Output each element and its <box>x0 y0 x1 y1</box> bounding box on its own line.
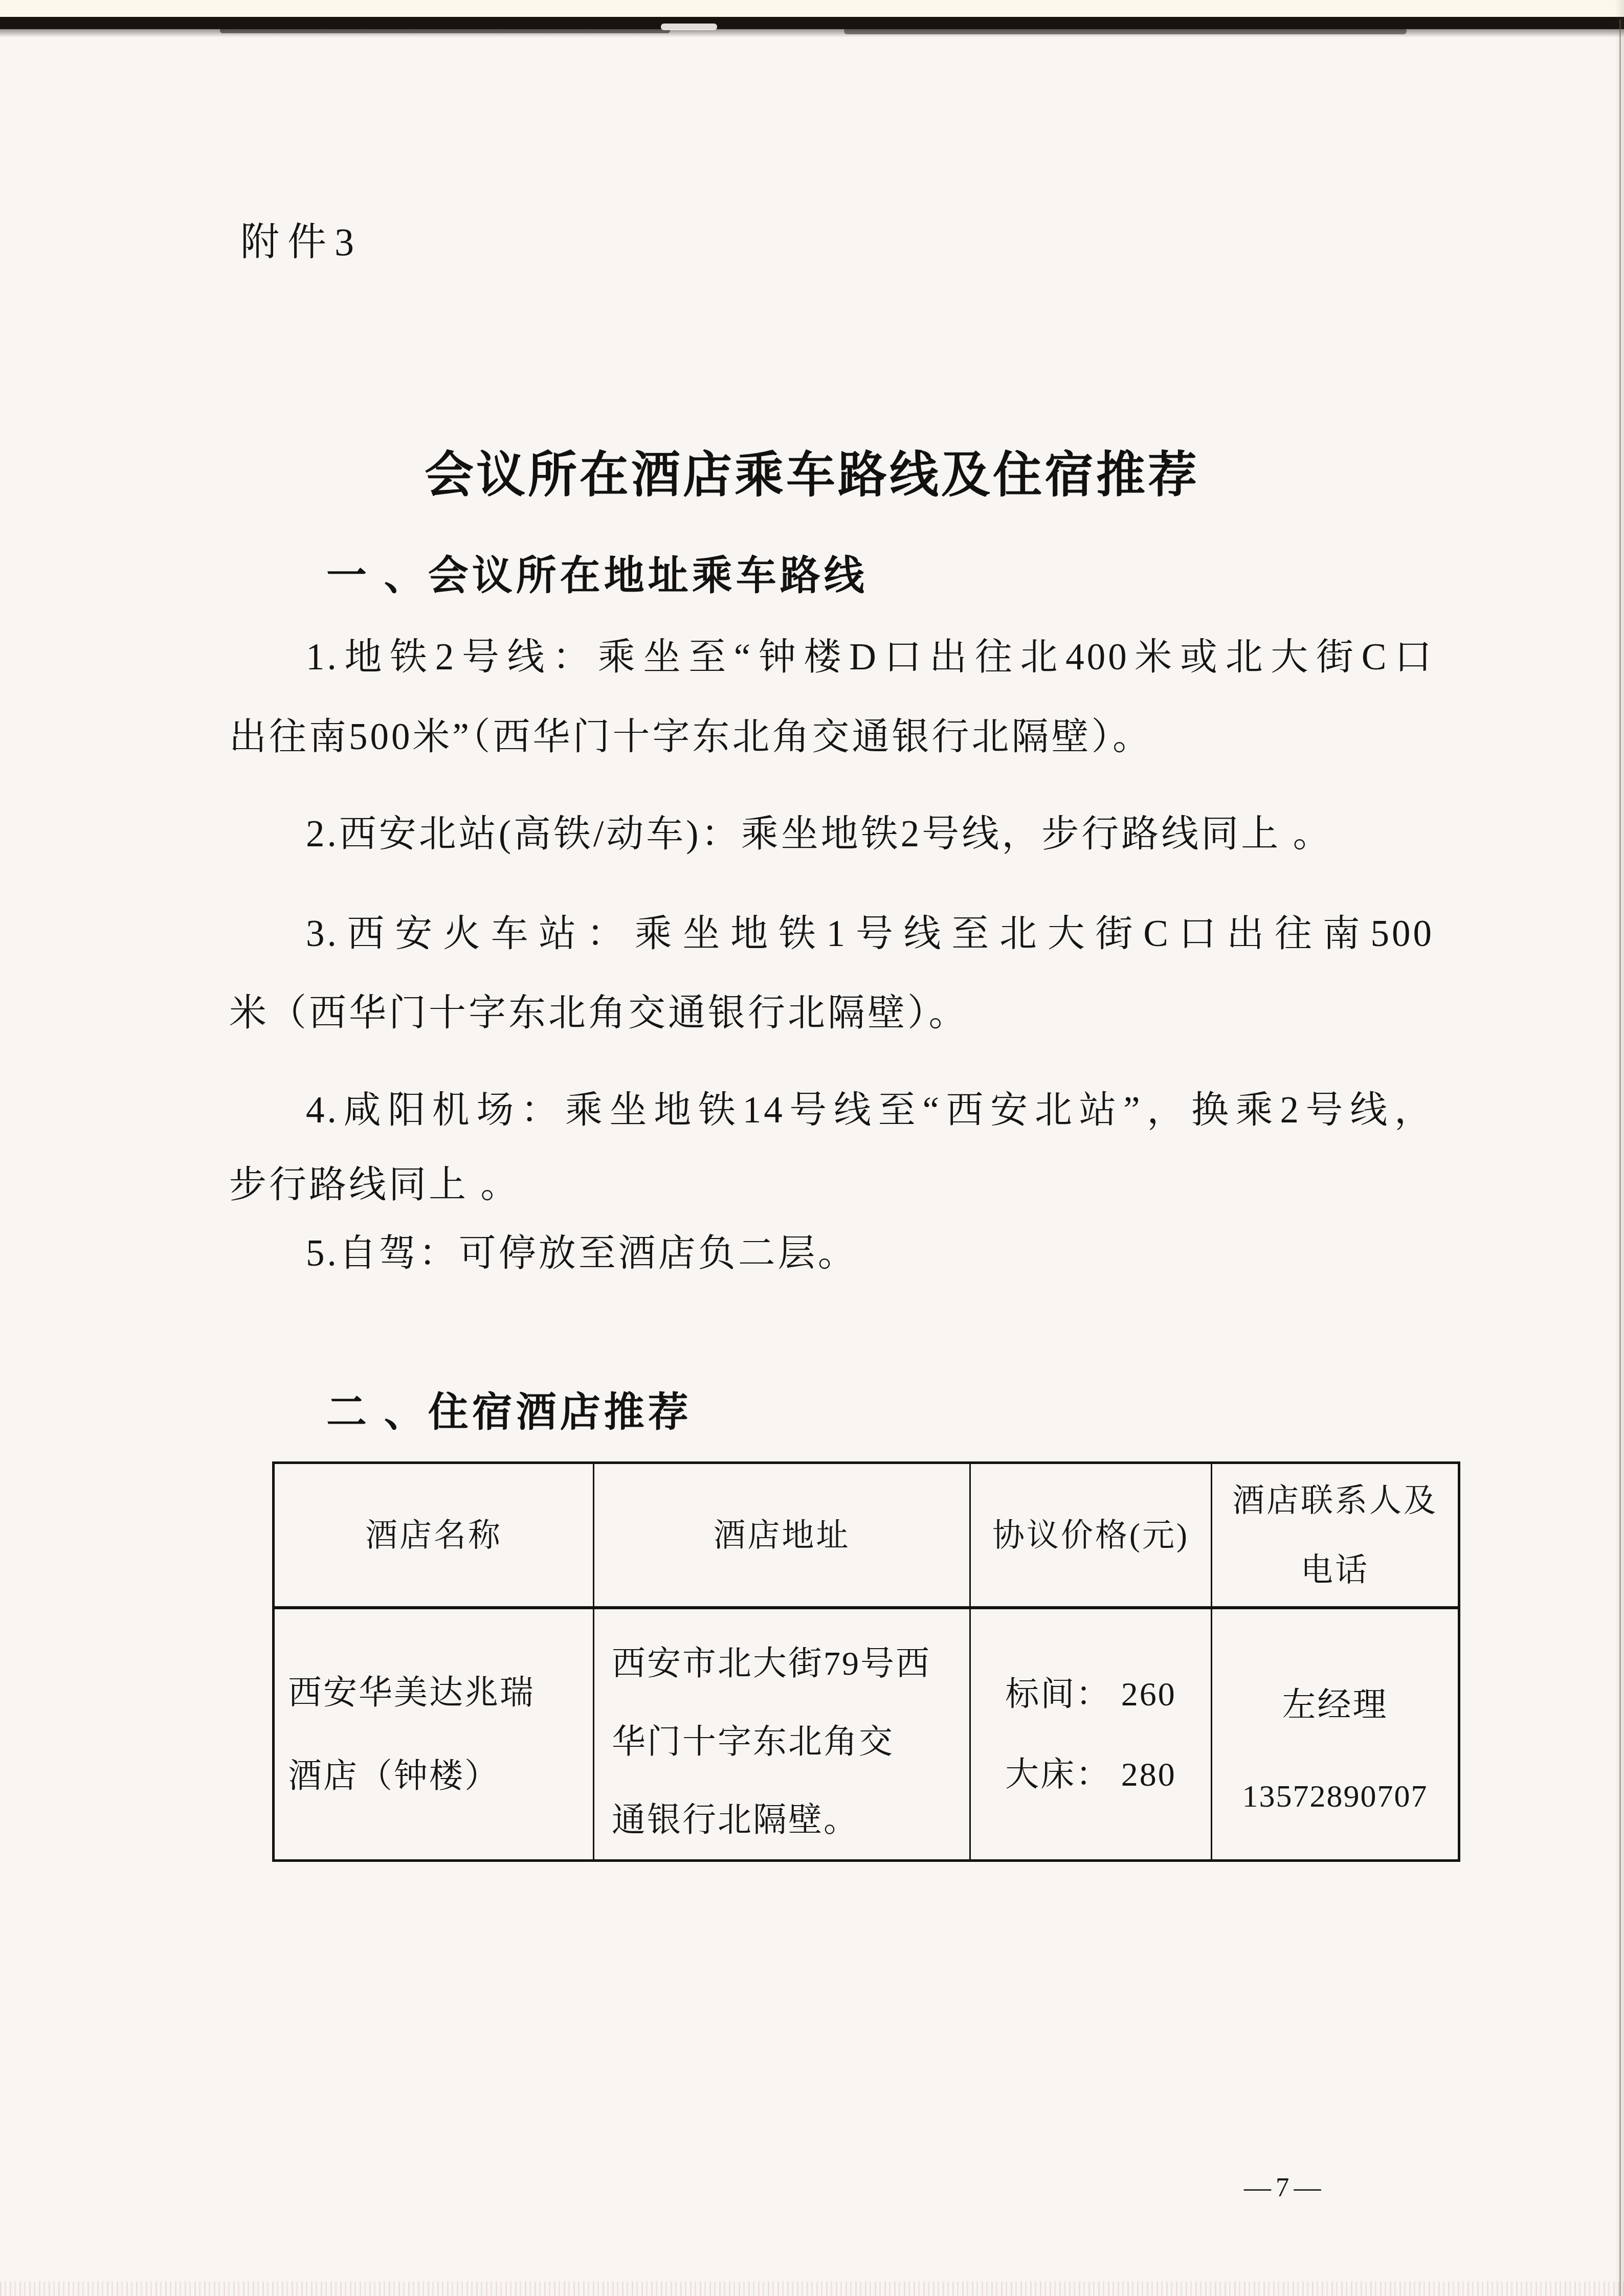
route-item-3-line-2: 米（西华门十字东北角交通银行北隔壁）。 <box>229 991 1434 1035</box>
table-header-hotel-name: 酒店名称 <box>274 1463 594 1608</box>
hotel-address-cell: 西安市北大街79号西 华门十字东北角交 通银行北隔壁。 <box>594 1608 970 1861</box>
table-header-hotel-address: 酒店地址 <box>594 1463 970 1608</box>
page-number: —7— <box>1244 2172 1326 2203</box>
table-header-agreed-price: 协议价格(元) <box>970 1463 1212 1608</box>
scan-band-gap <box>661 24 717 30</box>
route-item-4-line-2: 步行路线同上 。 <box>229 1163 1434 1207</box>
scan-top-cream-strip <box>0 0 1624 17</box>
hotel-address-line-1: 西安市北大街79号西 <box>612 1625 964 1703</box>
contact-person-name: 左经理 <box>1213 1687 1457 1723</box>
hotel-contact-cell: 左经理 13572890707 <box>1212 1608 1459 1861</box>
contact-phone-number: 13572890707 <box>1213 1779 1457 1814</box>
route-item-1-line-2: 出往南500米”（西华门十字东北角交通银行北隔壁）。 <box>229 715 1434 759</box>
route-item-1-line-1: 1.地铁2号线：乘坐至“钟楼D口出往北400米或北大街C口 <box>229 635 1434 679</box>
route-item-2-line-1: 2.西安北站(高铁/动车)：乘坐地铁2号线，步行路线同上 。 <box>229 812 1434 856</box>
scan-top-black-band <box>0 17 1624 29</box>
hotel-table: 酒店名称 酒店地址 协议价格(元) 酒店联系人及电话 西安华美达兆瑞 酒店（钟楼… <box>272 1461 1460 1862</box>
table-header-hotel-contact: 酒店联系人及电话 <box>1212 1463 1459 1608</box>
section-heading-hotel-recommendation: 二 、住宿酒店推荐 <box>326 1380 692 1438</box>
hotel-table-data-row: 西安华美达兆瑞 酒店（钟楼） 西安市北大街79号西 华门十字东北角交 通银行北隔… <box>274 1608 1459 1861</box>
hotel-price-cell: 标间： 260 大床： 280 <box>970 1608 1212 1861</box>
hotel-address-line-3: 通银行北隔壁。 <box>612 1781 964 1859</box>
scanned-document-page: { "page": { "attachment_label": "附件3", "… <box>0 0 1624 2296</box>
scan-band-smudge <box>844 28 1407 34</box>
route-item-3-line-1: 3.西安火车站：乘坐地铁1号线至北大街C口出往南500 <box>229 912 1434 956</box>
scan-right-edge-line <box>1619 19 1621 2296</box>
hotel-name-cell: 西安华美达兆瑞 酒店（钟楼） <box>274 1608 594 1861</box>
price-standard-room: 标间： 260 <box>971 1654 1210 1735</box>
hotel-name-line-1: 西安华美达兆瑞 <box>288 1651 592 1735</box>
route-item-4-line-1: 4.咸阳机场：乘坐地铁14号线至“西安北站”，换乘2号线， <box>229 1088 1434 1132</box>
hotel-address-line-2: 华门十字东北角交 <box>612 1703 964 1781</box>
price-king-room: 大床： 280 <box>971 1735 1210 1815</box>
document-title: 会议所在酒店乘车路线及住宿推荐 <box>0 436 1624 506</box>
scan-band-smudge <box>220 28 670 33</box>
attachment-label: 附件3 <box>240 211 362 266</box>
section-heading-transit-routes: 一 、会议所在地址乘车路线 <box>326 543 868 601</box>
hotel-table-header-row: 酒店名称 酒店地址 协议价格(元) 酒店联系人及电话 <box>274 1463 1459 1608</box>
scan-bottom-noise <box>0 2282 1624 2296</box>
hotel-name-line-2: 酒店（钟楼） <box>288 1735 592 1818</box>
route-item-5-line-1: 5.自驾：可停放至酒店负二层。 <box>229 1231 1434 1275</box>
